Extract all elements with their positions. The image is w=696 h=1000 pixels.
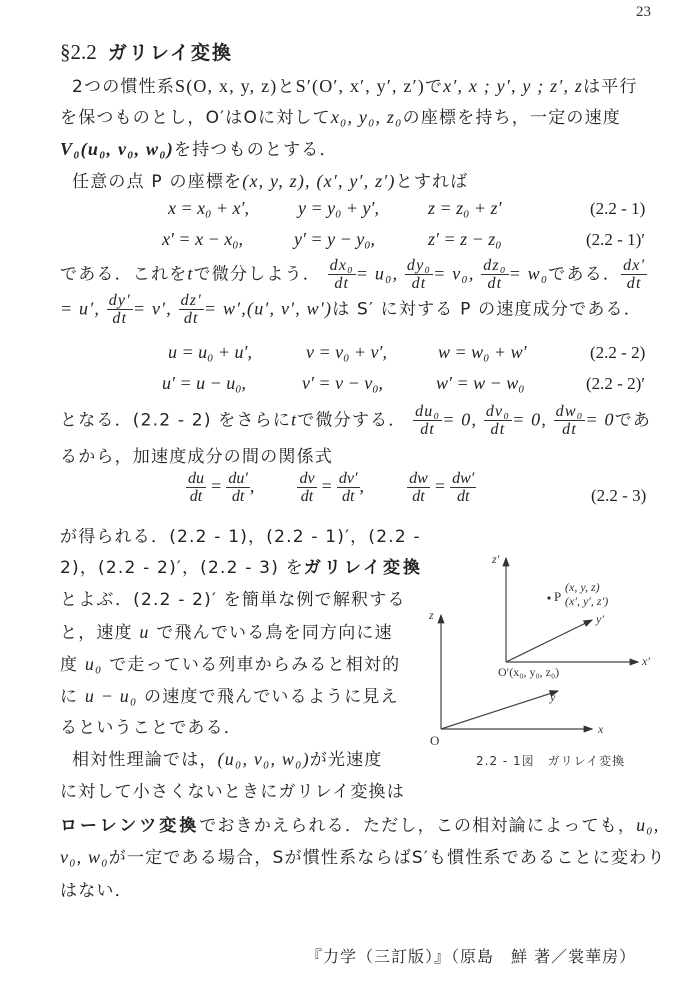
denominator: dt bbox=[328, 275, 356, 292]
text: でおきかえられる．ただし，この相対論によっても， bbox=[199, 816, 636, 836]
fraction-dup-dt: du′dt bbox=[226, 470, 250, 505]
equals: = bbox=[435, 476, 445, 496]
math-u: u bbox=[139, 622, 149, 642]
paragraph-6-line-5: はない． bbox=[60, 876, 133, 901]
section-title: ガリレイ変換 bbox=[108, 42, 233, 64]
math-rhs: = 0 bbox=[585, 410, 614, 430]
denominator: dt bbox=[484, 421, 512, 438]
text: を持つものとする． bbox=[174, 140, 338, 160]
eq-part: u′ = u − u₀, bbox=[162, 373, 302, 394]
math-rhs: = w′, bbox=[204, 299, 247, 319]
fraction-dx0-dt: dx₀dt bbox=[328, 257, 356, 292]
source-citation: 『力学（三訂版）』（原島 鮮 著／裳華房） bbox=[306, 944, 636, 967]
text: と bbox=[277, 77, 295, 97]
numerator: dy′ bbox=[107, 292, 133, 310]
text: で微分しよう． bbox=[194, 265, 321, 285]
fraction-du-dt: dudt bbox=[186, 470, 206, 505]
text: が一定である場合，Sが慣性系ならばS′も慣性系であることに変わり bbox=[109, 848, 666, 868]
equation-2-2-3: dudt = du′dt, dvdt = dv′dt, dwdt = dw′dt bbox=[186, 470, 476, 505]
denominator: dt bbox=[337, 488, 360, 505]
paragraph-1-line-2: を保つものとし，O′はOに対してx₀, y₀, z₀の座標を持ち，一定の速度 bbox=[60, 103, 621, 128]
eq-part: v′ = v − v₀, bbox=[302, 373, 436, 394]
equation-2-2-2-prime: u′ = u − u₀,v′ = v − v₀,w′ = w − w₀ bbox=[162, 373, 525, 394]
eq-part: v = v₀ + v′, bbox=[306, 342, 438, 363]
text: 任意の点 P の座標を bbox=[72, 172, 242, 192]
point-label-P: P bbox=[554, 589, 561, 605]
paragraph-6-line-4: v₀, w₀が一定である場合，Sが慣性系ならばS′も慣性系であることに変わり bbox=[60, 843, 666, 868]
text: で飛んでいる鳥を同方向に速 bbox=[156, 623, 393, 643]
math-rhs: = w₀ bbox=[509, 264, 549, 284]
math-relative: u − u₀ bbox=[85, 686, 138, 706]
denominator: dt bbox=[621, 275, 647, 292]
eq-part: u = u₀ + u′, bbox=[168, 342, 306, 363]
figure-galilean-transform: z x y O z′ x′ y′ O′(x₀, y₀, z₀) P (x, y,… bbox=[420, 540, 660, 780]
fraction-dw0-dt: dw₀dt bbox=[554, 403, 586, 438]
numerator: du₀ bbox=[413, 403, 442, 421]
math-rhs: = v₀, bbox=[433, 264, 474, 284]
numerator: dv′ bbox=[337, 470, 360, 488]
equation-2-2-2: u = u₀ + u′,v = v₀ + v′,w = w₀ + w′ bbox=[168, 342, 527, 363]
fraction-dzp-dt: dz′dt bbox=[179, 292, 204, 327]
coordinate-axes-diagram bbox=[420, 540, 660, 780]
math-pairs: x′, x ; y′, y ; z′, z bbox=[443, 76, 583, 96]
text: に bbox=[60, 687, 78, 707]
denominator: dt bbox=[179, 310, 204, 327]
fraction-dxp-dt: dx′dt bbox=[621, 257, 647, 292]
text: の座標を持ち，一定の速度 bbox=[403, 108, 621, 128]
section-number: §2.2 bbox=[60, 40, 97, 64]
math-rhs: = v′, bbox=[133, 299, 172, 319]
page-number: 23 bbox=[636, 4, 651, 21]
fraction-dz0-dt: dz₀dt bbox=[481, 257, 508, 292]
paragraph-5-line-6: に u − u₀ の速度で飛んでいるように見え bbox=[60, 682, 399, 707]
paragraph-2-line-1: 任意の点 P の座標を(x, y, z), (x′, y′, z′)とすれば bbox=[72, 167, 468, 192]
paragraph-5-line-5: 度 u₀ で走っている列車からみると相対的 bbox=[60, 650, 400, 675]
point-P-coords: (x, y, z) bbox=[565, 580, 600, 595]
axis-label-z: z bbox=[429, 608, 434, 623]
axis-label-z-prime: z′ bbox=[492, 552, 499, 567]
eq-part: x = x₀ + x′, bbox=[168, 198, 298, 219]
text: であ bbox=[615, 411, 651, 431]
fraction-dyp-dt: dy′dt bbox=[107, 292, 133, 327]
equals: = bbox=[322, 476, 332, 496]
equation-number: (2.2 - 1) bbox=[590, 199, 645, 219]
equation-number: (2.2 - 2)′ bbox=[586, 374, 645, 394]
text: と，速度 bbox=[60, 623, 133, 643]
equation-number: (2.2 - 3) bbox=[591, 486, 646, 506]
text: である． bbox=[548, 265, 621, 285]
fraction-dwp-dt: dw′dt bbox=[450, 470, 476, 505]
denominator: dt bbox=[297, 488, 316, 505]
paragraph-6-line-1: 相対性理論では，(u₀, v₀, w₀)が光速度 bbox=[72, 745, 383, 770]
math-v0-w0: v₀, w₀ bbox=[60, 847, 109, 867]
paragraph-1-line-1: 2つの慣性系S(O, x, y, z)とS′(O′, x′, y′, z′)でx… bbox=[72, 72, 638, 97]
text: で微分する． bbox=[297, 411, 406, 431]
fraction-dy0-dt: dy₀dt bbox=[405, 257, 433, 292]
paragraph-3-line-1: である．これをtで微分しよう． dx₀dt= u₀, dy₀dt= v₀, dz… bbox=[60, 257, 647, 292]
text: である．これを bbox=[60, 265, 187, 285]
paragraph-3-line-2: = u′, dy′dt= v′, dz′dt= w′,(u′, v′, w′)は… bbox=[60, 292, 642, 327]
eq-part: w′ = w − w₀ bbox=[436, 373, 525, 393]
eq-part: w = w₀ + w′ bbox=[438, 342, 527, 362]
paragraph-1-line-3: V₀(u₀, v₀, w₀)を持つものとする． bbox=[60, 135, 338, 160]
text: 2つの慣性系 bbox=[72, 77, 175, 97]
denominator: dt bbox=[226, 488, 250, 505]
text: が光速度 bbox=[310, 750, 383, 770]
bold-term: ローレンツ変換 bbox=[60, 816, 199, 836]
comma: , bbox=[250, 476, 255, 496]
fraction-dv0-dt: dv₀dt bbox=[484, 403, 512, 438]
numerator: dw′ bbox=[450, 470, 476, 488]
math-tuple: (u₀, v₀, w₀) bbox=[218, 749, 310, 769]
origin-label-O: O bbox=[430, 733, 439, 749]
denominator: dt bbox=[407, 488, 430, 505]
text: で bbox=[425, 77, 443, 97]
math-velocity: V₀(u₀, v₀, w₀) bbox=[60, 139, 174, 159]
numerator: du′ bbox=[226, 470, 250, 488]
text: は平行 bbox=[583, 77, 638, 97]
equation-2-2-1-prime: x′ = x − x₀,y′ = y − y₀,z′ = z − z₀ bbox=[162, 229, 502, 250]
paragraph-4-line-2: るから，加速度成分の間の関係式 bbox=[60, 442, 333, 467]
math-rhs: = 0, bbox=[512, 410, 547, 430]
axis-label-x-prime: x′ bbox=[642, 654, 650, 669]
text: 相対性理論では， bbox=[72, 750, 218, 770]
axis-label-x: x bbox=[598, 722, 603, 737]
comma: , bbox=[360, 476, 365, 496]
eq-part: z′ = z − z₀ bbox=[428, 229, 502, 249]
numerator: dz₀ bbox=[481, 257, 508, 275]
figure-caption: 2.2 - 1図 ガリレイ変換 bbox=[476, 752, 625, 769]
denominator: dt bbox=[405, 275, 433, 292]
paragraph-6-line-3: ローレンツ変換でおきかえられる．ただし，この相対論によっても，u₀, bbox=[60, 811, 659, 836]
equals: = bbox=[211, 476, 221, 496]
text: とすれば bbox=[396, 172, 469, 192]
section-heading: §2.2 ガリレイ変換 bbox=[60, 38, 233, 65]
numerator: dx′ bbox=[621, 257, 647, 275]
text: は S′ に対する P の速度成分である． bbox=[332, 300, 642, 320]
point-P-prime-coords: (x′, y′, z′) bbox=[565, 594, 608, 609]
denominator: dt bbox=[413, 421, 442, 438]
eq-part: x′ = x − x₀, bbox=[162, 229, 294, 250]
denominator: dt bbox=[481, 275, 508, 292]
numerator: dx₀ bbox=[328, 257, 356, 275]
math-rhs: = u′, bbox=[60, 299, 100, 319]
text: 度 bbox=[60, 655, 78, 675]
paragraph-5-line-1: が得られる．(2.2 - 1)，(2.2 - 1)′，(2.2 - bbox=[60, 522, 421, 547]
fraction-dw-dt: dwdt bbox=[407, 470, 430, 505]
numerator: dv₀ bbox=[484, 403, 512, 421]
eq-part: y = y₀ + y′, bbox=[298, 198, 428, 219]
numerator: dw₀ bbox=[554, 403, 586, 421]
numerator: dz′ bbox=[179, 292, 204, 310]
denominator: dt bbox=[107, 310, 133, 327]
axis-label-y: y bbox=[550, 690, 555, 705]
eq-part: z = z₀ + z′ bbox=[428, 198, 502, 218]
math-S: S(O, x, y, z) bbox=[175, 76, 277, 96]
text: の速度で飛んでいるように見え bbox=[144, 687, 399, 707]
numerator: dv bbox=[297, 470, 316, 488]
equation-number: (2.2 - 2) bbox=[590, 343, 645, 363]
math-rhs: = u₀, bbox=[356, 264, 398, 284]
text: で走っている列車からみると相対的 bbox=[109, 655, 400, 675]
math-u0: u₀ bbox=[85, 654, 103, 674]
denominator: dt bbox=[450, 488, 476, 505]
equation-2-2-1: x = x₀ + x′,y = y₀ + y′,z = z₀ + z′ bbox=[168, 198, 502, 219]
fraction-dv-dt: dvdt bbox=[297, 470, 316, 505]
numerator: dw bbox=[407, 470, 430, 488]
eq-part: y′ = y − y₀, bbox=[294, 229, 428, 250]
math-tuple: (u′, v′, w′) bbox=[247, 299, 332, 319]
text: を保つものとし，O′はOに対して bbox=[60, 108, 331, 128]
paragraph-5-line-7: るということである． bbox=[60, 713, 242, 738]
math-coords: x₀, y₀, z₀ bbox=[331, 107, 403, 127]
paragraph-4-line-1: となる．(2.2 - 2) をさらにtで微分する． du₀dt= 0, dv₀d… bbox=[60, 403, 651, 438]
paragraph-5-line-4: と，速度 u で飛んでいる鳥を同方向に速 bbox=[60, 618, 393, 643]
math-coords: (x, y, z), (x′, y′, z′) bbox=[242, 171, 395, 191]
text: となる．(2.2 - 2) をさらに bbox=[60, 411, 291, 431]
bold-term: ガリレイ変換 bbox=[304, 558, 423, 578]
denominator: dt bbox=[554, 421, 586, 438]
numerator: dy₀ bbox=[405, 257, 433, 275]
paragraph-5-line-3: とよぶ．(2.2 - 2)′ を簡単な例で解釈する bbox=[60, 585, 406, 610]
numerator: du bbox=[186, 470, 206, 488]
text: 2)，(2.2 - 2)′，(2.2 - 3) を bbox=[60, 558, 304, 578]
fraction-du0-dt: du₀dt bbox=[413, 403, 442, 438]
math-u0: u₀, bbox=[636, 815, 659, 835]
equation-number: (2.2 - 1)′ bbox=[586, 230, 645, 250]
math-S-prime: S′(O′, x′, y′, z′) bbox=[296, 76, 425, 96]
fraction-dvp-dt: dv′dt bbox=[337, 470, 360, 505]
math-rhs: = 0, bbox=[442, 410, 477, 430]
origin-label-O-prime: O′(x₀, y₀, z₀) bbox=[498, 665, 559, 680]
paragraph-5-line-2: 2)，(2.2 - 2)′，(2.2 - 3) をガリレイ変換 bbox=[60, 553, 423, 578]
paragraph-6-line-2: に対して小さくないときにガリレイ変換は bbox=[60, 777, 405, 802]
axis-label-y-prime: y′ bbox=[596, 612, 604, 627]
denominator: dt bbox=[186, 488, 206, 505]
